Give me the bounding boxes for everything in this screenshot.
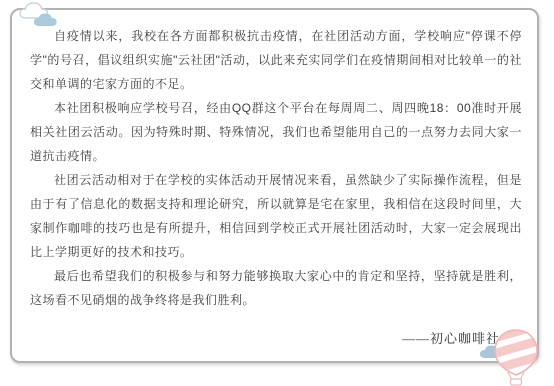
- cloud-icon: [16, 1, 62, 29]
- paragraph-2: 本社团积极响应学校号召，经由QQ群这个平台在每周周二、周四晚18：00准时开展相…: [30, 96, 522, 168]
- paragraph-1: 自疫情以来，我校在各方面都积极抗击疫情，在社团活动方面，学校响应"停课不停学"的…: [30, 24, 522, 96]
- notice-body: 自疫情以来，我校在各方面都积极抗击疫情，在社团活动方面，学校响应"停课不停学"的…: [12, 10, 537, 347]
- paragraph-4: 最后也希望我们的积极参与和努力能够换取大家心中的肯定和坚持，坚持就是胜利，这场看…: [30, 264, 522, 312]
- paragraph-3: 社团云活动相对于在学校的实体活动开展情况来看，虽然缺少了实际操作流程，但是由于有…: [30, 168, 522, 264]
- notice-card: 自疫情以来，我校在各方面都积极抗击疫情，在社团活动方面，学校响应"停课不停学"的…: [10, 8, 539, 363]
- signature: ——初心咖啡社: [30, 328, 522, 347]
- page: { "document": { "paragraphs": [ "自疫情以来，我…: [0, 0, 554, 386]
- hot-air-balloon-icon: [476, 328, 552, 386]
